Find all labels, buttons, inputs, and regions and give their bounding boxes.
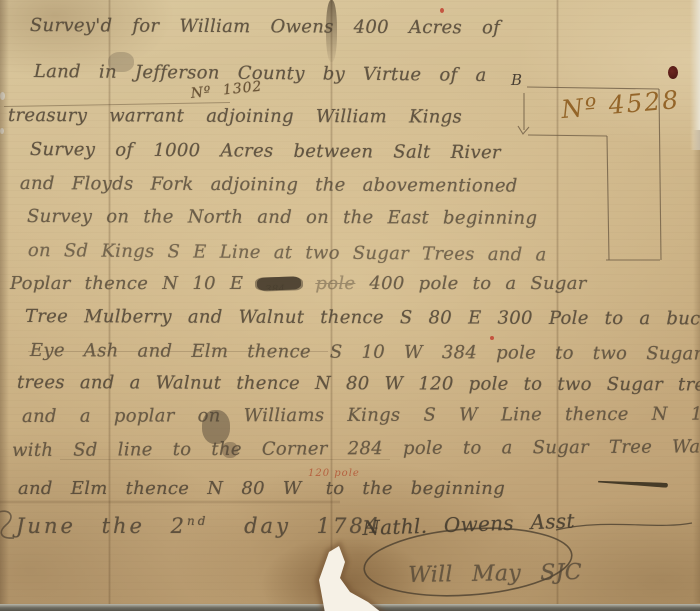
survey-line: and Floyds Fork adjoining the abovementi… — [20, 174, 518, 197]
line-text: Poplar thence N 10 E — [10, 273, 243, 294]
red-ink-speck — [440, 8, 444, 13]
survey-line: Survey of 1000 Acres between Salt River — [30, 140, 501, 164]
plat-corner-label: B — [510, 71, 522, 89]
date-line: June the 2nd day 1784 — [16, 514, 382, 538]
blotted-text: 384 — [257, 284, 285, 291]
struck-word: pole — [315, 273, 355, 294]
survey-line-corrected: Poplar thence N 10 E 384 pole 400 pole t… — [10, 274, 587, 295]
ink-blot: 384 — [257, 276, 301, 291]
line-text: to the beginning — [326, 478, 505, 499]
closing-dash-stroke — [598, 479, 668, 488]
wax-seal-spot — [668, 66, 678, 79]
document-scan: Survey'd for William Owens 400 Acres of … — [0, 0, 700, 611]
survey-line: trees and a Walnut thence N 80 W 120 pol… — [17, 373, 700, 396]
date-text: June the 2 — [16, 514, 187, 538]
fold-crease-horizontal — [0, 500, 340, 504]
survey-line: on Sd Kings S E Line at two Sugar Trees … — [28, 241, 547, 266]
signature-surveyor: Will May SJC — [408, 560, 582, 588]
survey-line: Survey on the North and on the East begi… — [27, 207, 537, 229]
paper-right-edge-shadow — [693, 130, 700, 603]
survey-line: Tree Mulberry and Walnut thence S 80 E 3… — [25, 307, 700, 330]
paper-right-edge-light — [690, 0, 700, 150]
paper-tear — [300, 538, 410, 611]
survey-line: and a poplar on Williams Kings S W Line … — [22, 404, 700, 427]
date-superscript: nd — [187, 514, 208, 528]
survey-line: with Sd line to the Corner 284 pole to a… — [12, 437, 700, 461]
line-text: 400 pole to a Sugar — [369, 273, 586, 294]
line-text: and Elm thence N 80 W — [18, 478, 302, 499]
red-ink-speck — [490, 336, 494, 340]
paper-left-edge — [0, 0, 9, 611]
survey-line-closing: and Elm thence N 80 W to the beginning — [18, 479, 505, 500]
survey-line: Survey'd for William Owens 400 Acres of — [30, 16, 500, 39]
survey-line: Eye Ash and Elm thence S 10 W 384 pole t… — [30, 341, 700, 365]
survey-line: treasury warrant adjoining William Kings — [8, 106, 462, 128]
